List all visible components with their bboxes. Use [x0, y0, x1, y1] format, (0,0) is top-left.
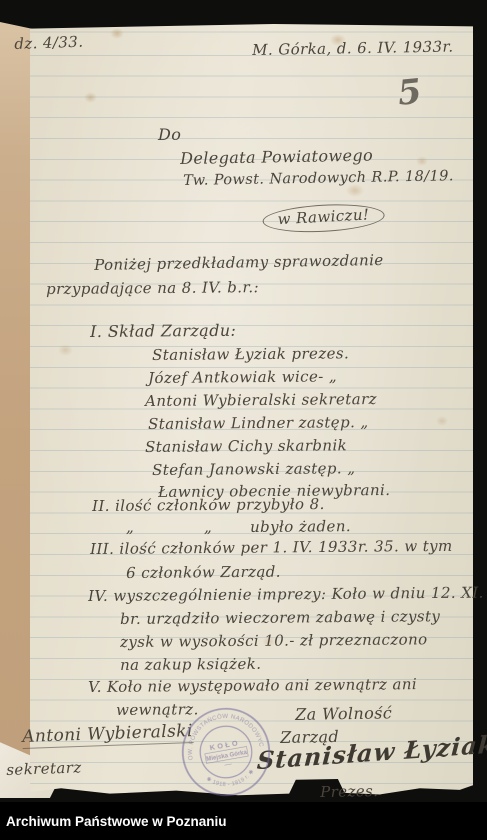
section4-line4: na zakup książek. [120, 656, 261, 674]
section4-line3: zysk w wysokości 10.- zł przeznaczono [120, 631, 428, 650]
scanned-document-page: dz. 4/33. M. Górka, d. 6. IV. 1933r. 5 D… [0, 0, 487, 840]
section4-line2: br. urządziło wieczorem zabawę i czysty [120, 608, 440, 627]
stamp-center-line1: KOŁO [209, 738, 241, 752]
recipient-city-oval: w Rawiczu! [262, 202, 385, 235]
member-line: Stanisław Lindner zastęp. „ [148, 414, 369, 432]
signature-president-title: Prezes. [320, 783, 378, 801]
section5-line1: V. Koło nie występowało ani zewnątrz ani [88, 676, 417, 695]
round-seal-stamp: TOW. POWSTAŃCÓW NARODOWYCH ✱ 1918 - 1919… [173, 699, 280, 806]
section2-line2: ubyło żaden. [250, 518, 351, 535]
page-number-pencil: 5 [396, 73, 424, 113]
place-and-date: M. Górka, d. 6. IV. 1933r. [252, 38, 454, 58]
section4-line1: IV. wyszczególnienie imprezy: Koło w dni… [88, 585, 484, 605]
section1-heading: I. Skład Zarządu: [90, 322, 236, 341]
member-line: Stanisław Łyziak prezes. [152, 345, 349, 363]
ditto-mark: „ [204, 519, 212, 536]
section3-line1: III. ilość członków per 1. IV. 1933r. 35… [90, 538, 453, 558]
member-line: Stefan Janowski zastęp. „ [152, 460, 355, 478]
signature-secretary-name: Antoni Wybieralski [22, 722, 193, 749]
handwriting-layer: dz. 4/33. M. Górka, d. 6. IV. 1933r. 5 D… [0, 0, 487, 840]
ditto-mark: „ [126, 519, 134, 536]
file-reference: dz. 4/33. [14, 34, 84, 53]
archive-footer-bar: Archiwum Państwowe w Poznaniu [0, 802, 487, 840]
section3-line2: 6 członków Zarząd. [126, 564, 281, 582]
closing-motto: Za Wolność [295, 704, 392, 723]
recipient-salutation: Do [158, 126, 181, 144]
intro-line2: przypadające na 8. IV. b.r.: [46, 279, 259, 297]
member-line: Józef Antkowiak wice- „ [148, 368, 337, 386]
signature-secretary-title: sekretarz [6, 759, 82, 778]
member-line: Antoni Wybieralski sekretarz [145, 391, 377, 410]
stamp-center-line3: — [224, 759, 233, 769]
section2-line1: II. ilość członków przybyło 8. [92, 496, 325, 515]
recipient-line2: Tw. Powst. Narodowych R.P. 18/19. [183, 169, 454, 190]
archive-footer-label: Archiwum Państwowe w Poznaniu [6, 814, 227, 829]
intro-line1: Poniżej przedkładamy sprawozdanie [94, 252, 384, 274]
member-line: Stanisław Cichy skarbnik [145, 437, 347, 455]
recipient-line1: Delegata Powiatowego [180, 147, 373, 168]
